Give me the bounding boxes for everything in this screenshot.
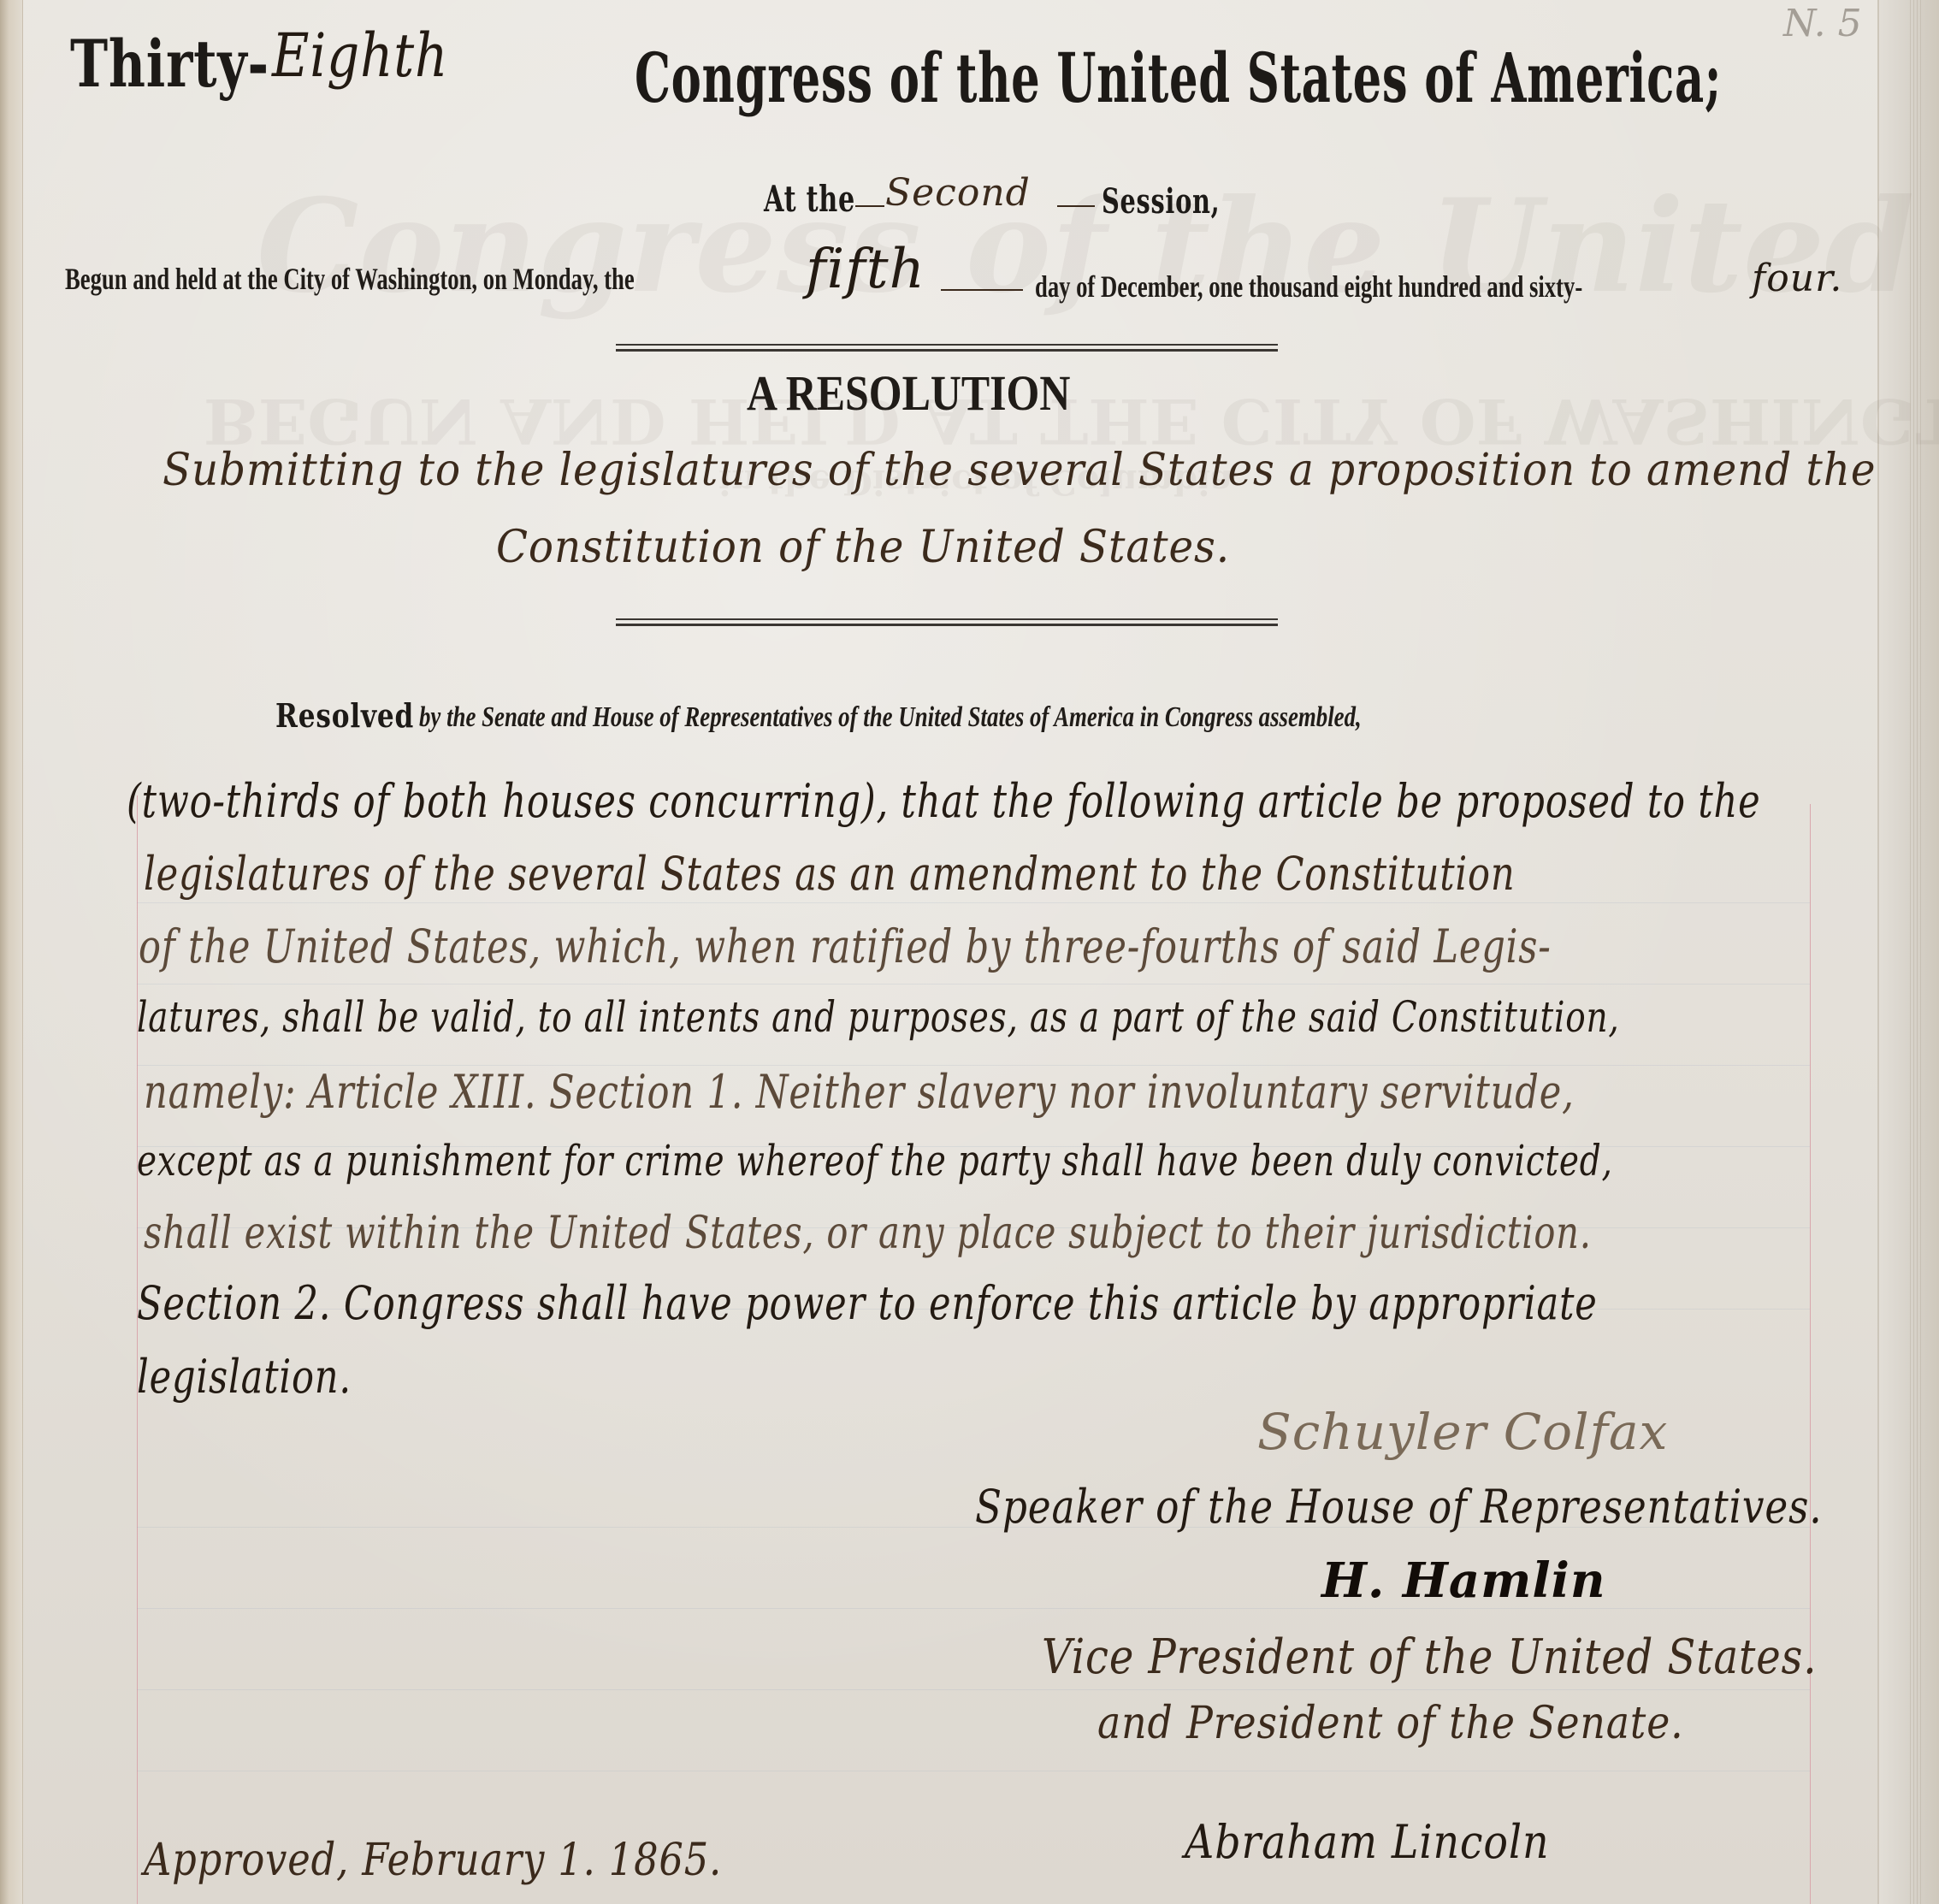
body-line: shall exist within the United States, or… [144, 1208, 1592, 1259]
approval-date: Approved, February 1. 1865. [144, 1835, 722, 1886]
body-line: legislation. [137, 1350, 352, 1404]
session-suffix: Session, [1102, 181, 1220, 222]
fill-line [941, 289, 1023, 291]
resolved-word: Resolved [275, 696, 414, 735]
fill-line [1057, 205, 1095, 207]
right-margin-rule [1810, 804, 1811, 1904]
president-signature: Abraham Lincoln [1185, 1815, 1549, 1869]
speaker-title: Speaker of the House of Representatives. [975, 1480, 1822, 1534]
day-handwritten: fifth [806, 238, 925, 301]
vice-president-signature: H. Hamlin [1321, 1552, 1606, 1609]
session-handwritten: Second [885, 171, 1031, 215]
date-text: day of December, one thousand eight hund… [1035, 269, 1582, 305]
top-double-rule [616, 344, 1278, 346]
session-prefix: At the [764, 178, 855, 220]
resolution-subtitle-line1: Submitting to the legislatures of the se… [163, 445, 1876, 496]
body-line: latures, shall be valid, to all intents … [137, 992, 1620, 1042]
fill-line [855, 205, 884, 207]
document-page: N. 5 Congress of the United States BEGUN… [0, 0, 1939, 1904]
speaker-signature: Schuyler Colfax [1257, 1403, 1668, 1461]
congress-number-prefix: Thirty- [70, 26, 269, 102]
ruled-line [137, 902, 1810, 903]
body-line: of the United States, which, when ratifi… [139, 919, 1552, 973]
body-line: Section 2. Congress shall have power to … [137, 1276, 1598, 1330]
begun-held-text: Begun and held at the City of Washington… [65, 261, 635, 297]
body-line: except as a punishment for crime whereof… [137, 1136, 1613, 1186]
corner-archive-mark: N. 5 [1783, 2, 1862, 45]
enacting-clause-text: by the Senate and House of Representativ… [419, 701, 1362, 734]
ruled-line [137, 1689, 1810, 1690]
bottom-double-rule [616, 618, 1278, 620]
vice-president-title: Vice President of the United States. [1042, 1629, 1817, 1685]
ruled-line [137, 984, 1810, 985]
year-handwritten: four. [1752, 257, 1842, 300]
congress-number-handwritten: Eighth [272, 21, 448, 91]
page-binding-edge [0, 0, 23, 1904]
resolution-subtitle-line2: Constitution of the United States. [496, 522, 1230, 573]
body-line: (two-thirds of both houses concurring), … [127, 774, 1761, 828]
document-title: Congress of the United States of America… [635, 38, 1722, 118]
resolution-heading: A RESOLUTION [747, 364, 1070, 422]
senate-president-title: and President of the Senate. [1097, 1698, 1684, 1749]
body-line: legislatures of the several States as an… [144, 847, 1515, 901]
body-line: namely: Article XIII. Section 1. Neither… [144, 1065, 1575, 1119]
ruled-line [137, 1771, 1810, 1771]
